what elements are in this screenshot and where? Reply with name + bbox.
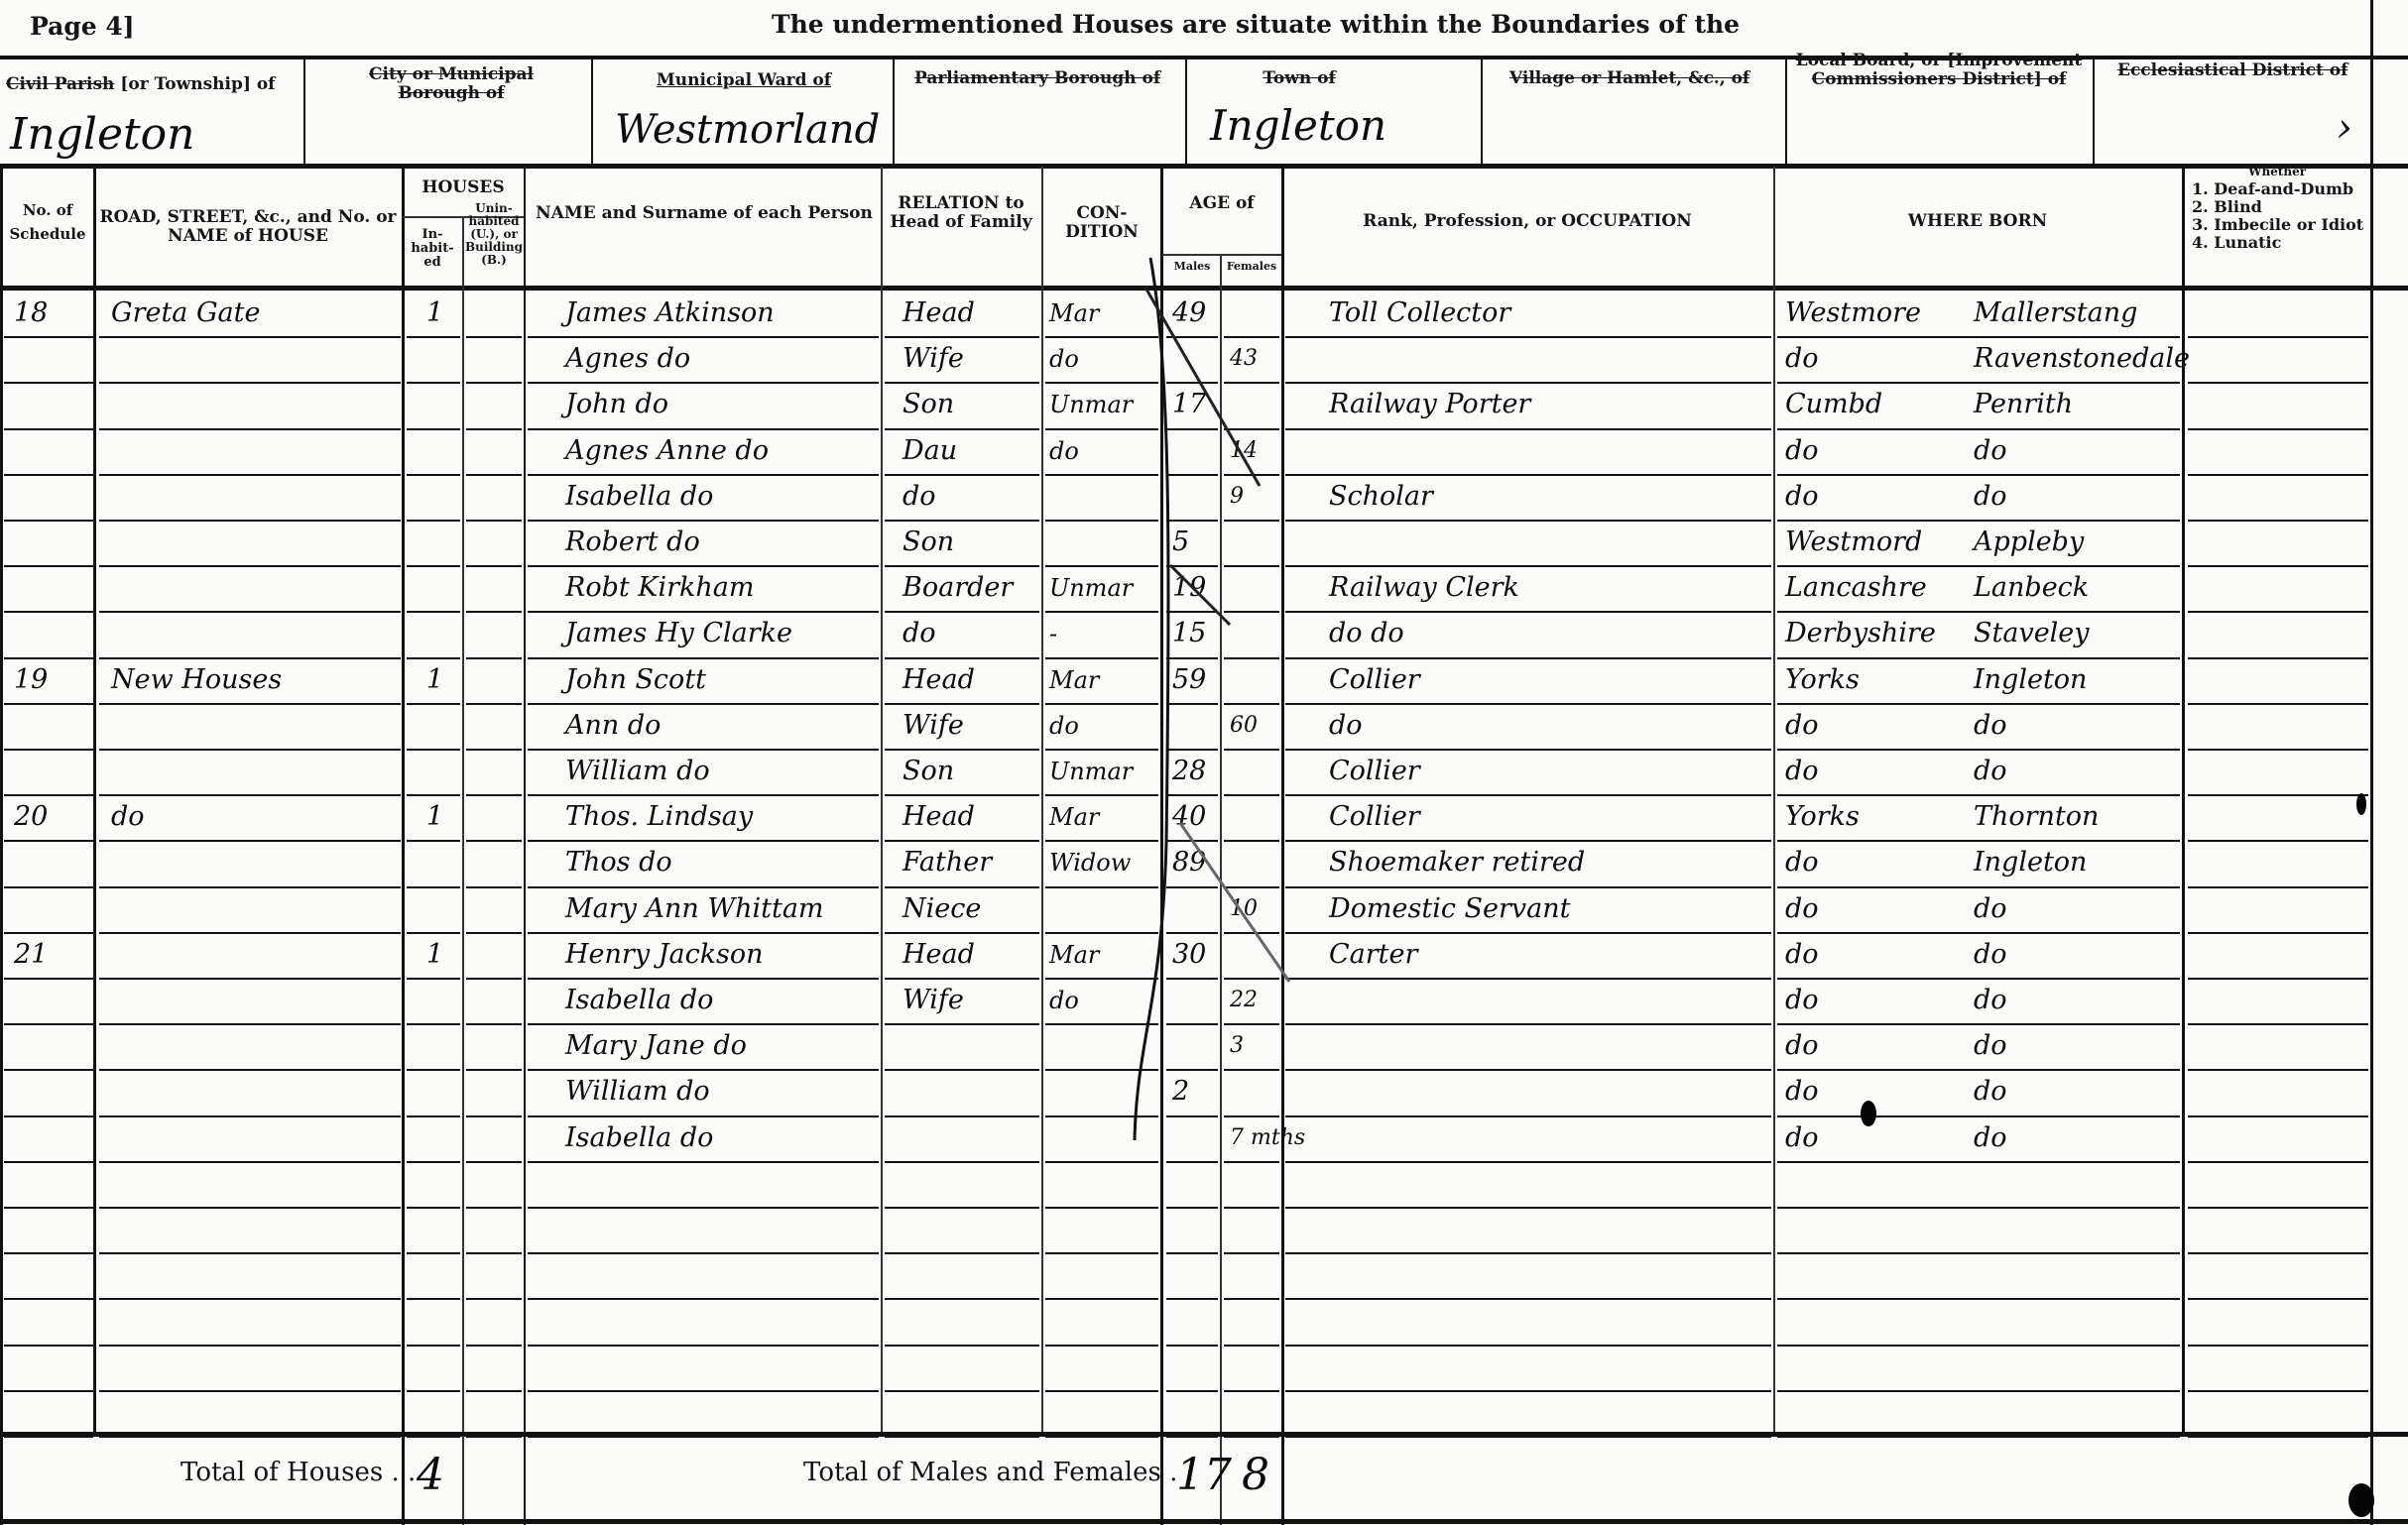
divider — [1185, 58, 1187, 167]
col-header-age: AGE of — [1164, 194, 1279, 213]
col-divider — [402, 167, 405, 1525]
row-rule — [99, 611, 401, 613]
ink-blot — [1861, 1101, 1876, 1126]
row-rule — [528, 1207, 879, 1209]
row-rule — [1285, 1115, 1771, 1117]
col-header-condition: CON-DITION — [1047, 204, 1156, 242]
divider — [591, 58, 593, 167]
divider — [1785, 58, 1787, 167]
occupation: Collier — [1329, 665, 1420, 695]
row-rule — [466, 1298, 522, 1300]
row-rule — [4, 886, 93, 888]
row-rule — [1285, 382, 1771, 384]
row-rule — [528, 703, 879, 705]
row-rule — [1777, 840, 2180, 842]
boundary-municipal-ward: Municipal Ward of — [605, 71, 883, 90]
row-rule — [99, 794, 401, 796]
row-rule — [885, 840, 1039, 842]
row-rule — [885, 1298, 1039, 1300]
condition: do — [1049, 344, 1079, 374]
col-header-uninhabited: Unin-habited (U.), or Building (B.) — [464, 202, 524, 267]
col-header-inhabited: In-habit-ed — [405, 228, 460, 270]
row-rule — [1285, 474, 1771, 476]
condition: do — [1049, 986, 1079, 1015]
row-rule — [1777, 382, 2180, 384]
occupation: Railway Clerk — [1329, 573, 1519, 603]
row-rule — [466, 1161, 522, 1163]
row-rule — [99, 932, 401, 934]
divider — [1481, 58, 1483, 167]
person-name: William do — [565, 757, 710, 786]
row-rule — [466, 703, 522, 705]
row-rule — [407, 794, 460, 796]
person-name: Isabella do — [565, 986, 713, 1015]
row-rule — [885, 1115, 1039, 1117]
row-rule — [2188, 611, 2368, 613]
row-rule — [1285, 657, 1771, 659]
row-rule — [4, 749, 93, 751]
row-rule — [466, 611, 522, 613]
row-rule — [466, 565, 522, 567]
row-rule — [407, 611, 460, 613]
born-place: do — [1974, 986, 2007, 1015]
row-rule — [1224, 1345, 1279, 1347]
tally-strike-lines — [1111, 248, 1309, 1140]
boundary-parliamentary-borough: Parliamentary Borough of — [914, 69, 1160, 88]
boundary-village: Village or Hamlet, &c., of — [1509, 69, 1749, 88]
row-rule — [1777, 703, 2180, 705]
row-rule — [2188, 1298, 2368, 1300]
row-rule — [466, 749, 522, 751]
col-header-disability-3: 3. Imbecile or Idiot — [2192, 216, 2363, 234]
row-rule — [1285, 840, 1771, 842]
row-rule — [407, 703, 460, 705]
row-rule — [528, 657, 879, 659]
born-place: do — [1974, 757, 2007, 786]
col-header-disability-1: 1. Deaf-and-Dumb — [2192, 180, 2353, 198]
row-rule — [885, 932, 1039, 934]
row-rule — [885, 794, 1039, 796]
relation: Wife — [903, 711, 964, 741]
person-name: James Hy Clarke — [565, 619, 792, 648]
boundary-civil-parish: Civil Parish [or Township] of — [6, 75, 276, 94]
born-county: do — [1785, 1123, 1819, 1153]
row-rule — [1285, 1390, 1771, 1392]
row-rule — [528, 1390, 879, 1392]
row-rule — [885, 657, 1039, 659]
row-rule — [99, 520, 401, 522]
row-rule — [528, 932, 879, 934]
row-rule — [466, 978, 522, 980]
row-rule — [4, 703, 93, 705]
row-rule — [99, 840, 401, 842]
born-place: do — [1974, 894, 2007, 924]
row-rule — [466, 1023, 522, 1025]
row-rule — [99, 1345, 401, 1347]
row-rule — [1224, 1252, 1279, 1254]
row-rule — [407, 1345, 460, 1347]
row-rule — [4, 1345, 93, 1347]
schedule-number: 19 — [14, 665, 48, 695]
born-place: Ingleton — [1974, 665, 2087, 695]
row-rule — [466, 1207, 522, 1209]
rule — [0, 164, 2408, 169]
born-county: do — [1785, 986, 1819, 1015]
relation: Head — [903, 802, 975, 832]
row-rule — [4, 474, 93, 476]
row-rule — [4, 336, 93, 338]
row-rule — [1224, 1207, 1279, 1209]
row-rule — [885, 1069, 1039, 1071]
row-rule — [4, 428, 93, 430]
row-rule — [466, 1345, 522, 1347]
person-name: John do — [565, 390, 668, 419]
born-place: do — [1974, 711, 2007, 741]
row-rule — [466, 1252, 522, 1254]
row-rule — [1166, 1207, 1218, 1209]
row-rule — [885, 978, 1039, 980]
row-rule — [99, 1115, 401, 1117]
occupation: Scholar — [1329, 482, 1433, 512]
relation: Niece — [903, 894, 981, 924]
row-rule — [4, 1390, 93, 1392]
boundary-ecclesiastical: Ecclesiastical District of — [2117, 61, 2348, 80]
row-rule — [1285, 336, 1771, 338]
born-county: Lancashre — [1785, 573, 1927, 603]
person-name: Robert do — [565, 528, 700, 557]
row-rule — [99, 1298, 401, 1300]
row-rule — [4, 520, 93, 522]
condition: Mar — [1049, 802, 1099, 832]
col-header-schedule: No. of Schedule — [4, 198, 91, 246]
occupation: Shoemaker retired — [1329, 848, 1585, 878]
occupation: do do — [1329, 619, 1404, 648]
row-rule — [1777, 1390, 2180, 1392]
row-rule — [885, 336, 1039, 338]
col-divider — [881, 167, 883, 1434]
person-name: Mary Ann Whittam — [565, 894, 824, 924]
row-rule — [4, 1115, 93, 1117]
row-rule — [99, 749, 401, 751]
row-rule — [1224, 1390, 1279, 1392]
born-county: do — [1785, 894, 1819, 924]
row-rule — [407, 657, 460, 659]
row-rule — [407, 932, 460, 934]
row-rule — [407, 1298, 460, 1300]
row-rule — [1777, 932, 2180, 934]
row-rule — [528, 611, 879, 613]
condition: Mar — [1049, 940, 1099, 970]
born-place: Ingleton — [1974, 848, 2087, 878]
row-rule — [99, 886, 401, 888]
row-rule — [407, 1115, 460, 1117]
row-rule — [1777, 1161, 2180, 1163]
ink-blot — [2348, 1483, 2374, 1517]
col-header-disability-2: 2. Blind — [2192, 198, 2262, 216]
col-header-road: ROAD, STREET, &c., and No. or NAME of HO… — [99, 208, 397, 246]
col-divider — [1773, 167, 1775, 1434]
row-rule — [4, 1161, 93, 1163]
occupation: Carter — [1329, 940, 1417, 970]
row-rule — [885, 1023, 1039, 1025]
row-rule — [1285, 1252, 1771, 1254]
row-rule — [99, 703, 401, 705]
boundary-town: Town of — [1200, 69, 1398, 88]
row-rule — [528, 428, 879, 430]
row-rule — [407, 1023, 460, 1025]
row-rule — [407, 336, 460, 338]
born-county: Yorks — [1785, 802, 1860, 832]
row-rule — [1777, 1298, 2180, 1300]
row-rule — [1285, 1298, 1771, 1300]
row-rule — [4, 382, 93, 384]
row-rule — [528, 886, 879, 888]
relation: Son — [903, 757, 954, 786]
condition: do — [1049, 436, 1079, 466]
occupation: do — [1329, 711, 1363, 741]
row-rule — [1777, 565, 2180, 567]
row-rule — [466, 1115, 522, 1117]
row-rule — [885, 1345, 1039, 1347]
totals-houses-label: Total of Houses . . — [181, 1458, 416, 1487]
row-rule — [99, 428, 401, 430]
road-or-house: Greta Gate — [111, 298, 260, 328]
born-place: Lanbeck — [1974, 573, 2089, 603]
person-name: William do — [565, 1077, 710, 1107]
row-rule — [2188, 657, 2368, 659]
born-county: do — [1785, 940, 1819, 970]
person-name: Agnes do — [565, 344, 690, 374]
born-place: do — [1974, 436, 2007, 466]
boundary-label: [or Township] of — [120, 74, 275, 94]
row-rule — [4, 657, 93, 659]
row-rule — [2188, 794, 2368, 796]
row-rule — [466, 657, 522, 659]
row-rule — [1777, 611, 2180, 613]
row-rule — [1045, 1390, 1158, 1392]
row-rule — [1285, 932, 1771, 934]
row-rule — [2188, 382, 2368, 384]
row-rule — [885, 474, 1039, 476]
row-rule — [1777, 1115, 2180, 1117]
row-rule — [1285, 565, 1771, 567]
born-place: Staveley — [1974, 619, 2090, 648]
schedule-number: 18 — [14, 298, 48, 328]
row-rule — [407, 978, 460, 980]
row-rule — [99, 657, 401, 659]
occupation: Railway Porter — [1329, 390, 1530, 419]
row-rule — [4, 1069, 93, 1071]
row-rule — [528, 794, 879, 796]
row-rule — [1777, 1207, 2180, 1209]
row-rule — [2188, 1207, 2368, 1209]
row-rule — [1285, 1345, 1771, 1347]
row-rule — [1777, 886, 2180, 888]
row-rule — [407, 565, 460, 567]
row-rule — [1777, 657, 2180, 659]
row-rule — [1285, 428, 1771, 430]
relation: Wife — [903, 344, 964, 374]
row-rule — [99, 1252, 401, 1254]
person-name: Ann do — [565, 711, 661, 741]
boundary-ecclesiastical-mark: › — [2337, 105, 2352, 151]
road-or-house: New Houses — [111, 665, 282, 695]
born-place: Ravenstonedale — [1974, 344, 2190, 374]
inhabited-count: 1 — [426, 940, 443, 970]
row-rule — [466, 1069, 522, 1071]
boundary-town-value: Ingleton — [1210, 101, 1386, 150]
person-name: Robt Kirkham — [565, 573, 754, 603]
col-header-name: NAME and Surname of each Person — [536, 204, 873, 223]
row-rule — [99, 1390, 401, 1392]
row-rule — [466, 840, 522, 842]
row-rule — [885, 565, 1039, 567]
born-place: Appleby — [1974, 528, 2084, 557]
relation: do — [903, 619, 936, 648]
row-rule — [2188, 520, 2368, 522]
row-rule — [1285, 749, 1771, 751]
row-rule — [885, 1161, 1039, 1163]
row-rule — [2188, 978, 2368, 980]
condition: Mar — [1049, 665, 1099, 695]
totals-females-value: 8 — [1242, 1450, 1269, 1500]
row-rule — [2188, 565, 2368, 567]
totals-rule — [0, 1432, 2408, 1437]
row-rule — [885, 1207, 1039, 1209]
row-rule — [1166, 1298, 1218, 1300]
row-rule — [4, 932, 93, 934]
right-border — [2370, 0, 2373, 1525]
inhabited-count: 1 — [426, 298, 443, 328]
row-rule — [4, 978, 93, 980]
born-place: do — [1974, 482, 2007, 512]
row-rule — [407, 474, 460, 476]
born-place: do — [1974, 1123, 2007, 1153]
page-title: The undermentioned Houses are situate wi… — [772, 10, 1740, 39]
row-rule — [1777, 428, 2180, 430]
born-county: do — [1785, 1077, 1819, 1107]
row-rule — [2188, 1069, 2368, 1071]
inhabited-count: 1 — [426, 665, 443, 695]
row-rule — [4, 565, 93, 567]
relation: Head — [903, 298, 975, 328]
col-divider — [524, 167, 526, 1525]
struck-label: Civil Parish — [6, 74, 114, 94]
inhabited-count: 1 — [426, 802, 443, 832]
row-rule — [407, 1252, 460, 1254]
row-rule — [885, 428, 1039, 430]
born-county: do — [1785, 482, 1819, 512]
row-rule — [4, 611, 93, 613]
col-divider — [1041, 167, 1043, 1434]
row-rule — [1285, 978, 1771, 980]
born-county: do — [1785, 436, 1819, 466]
born-place: do — [1974, 940, 2007, 970]
born-county: do — [1785, 757, 1819, 786]
person-name: Thos do — [565, 848, 672, 878]
row-rule — [1166, 1161, 1218, 1163]
row-rule — [407, 382, 460, 384]
condition: Mar — [1049, 298, 1099, 328]
occupation: Domestic Servant — [1329, 894, 1571, 924]
row-rule — [1777, 794, 2180, 796]
relation: Dau — [903, 436, 957, 466]
row-rule — [407, 520, 460, 522]
divider — [2093, 58, 2095, 167]
row-rule — [99, 1161, 401, 1163]
row-rule — [528, 1298, 879, 1300]
row-rule — [466, 428, 522, 430]
row-rule — [885, 520, 1039, 522]
person-name: Mary Jane do — [565, 1031, 747, 1061]
left-border — [0, 167, 3, 1525]
row-rule — [2188, 1252, 2368, 1254]
person-name: Isabella do — [565, 1123, 713, 1153]
row-rule — [99, 978, 401, 980]
born-place: Penrith — [1974, 390, 2073, 419]
row-rule — [1777, 474, 2180, 476]
row-rule — [2188, 886, 2368, 888]
row-rule — [1224, 1161, 1279, 1163]
col-header-disability-4: 4. Lunatic — [2192, 234, 2281, 252]
row-rule — [1166, 1390, 1218, 1392]
row-rule — [528, 1161, 879, 1163]
col-header-disability-title: Whether — [2188, 165, 2366, 178]
totals-males-value: 17 — [1176, 1450, 1232, 1500]
row-rule — [1777, 978, 2180, 980]
row-rule — [2188, 703, 2368, 705]
divider — [303, 58, 305, 167]
born-county: Cumbd — [1785, 390, 1882, 419]
row-rule — [1285, 794, 1771, 796]
row-rule — [407, 1161, 460, 1163]
row-rule — [1045, 1161, 1158, 1163]
row-rule — [2188, 1390, 2368, 1392]
totals-houses-value: 4 — [417, 1450, 444, 1500]
born-place: do — [1974, 1031, 2007, 1061]
row-rule — [1224, 1298, 1279, 1300]
row-rule — [528, 840, 879, 842]
col-header-relation: RELATION to Head of Family — [887, 194, 1035, 232]
row-rule — [1285, 520, 1771, 522]
schedule-number: 21 — [14, 940, 48, 970]
occupation: Toll Collector — [1329, 298, 1510, 328]
row-rule — [407, 749, 460, 751]
row-rule — [1777, 520, 2180, 522]
relation: do — [903, 482, 936, 512]
row-rule — [1285, 1069, 1771, 1071]
born-place: Mallerstang — [1974, 298, 2137, 328]
row-rule — [528, 1023, 879, 1025]
row-rule — [407, 1390, 460, 1392]
row-rule — [4, 1252, 93, 1254]
born-county: do — [1785, 1031, 1819, 1061]
row-rule — [885, 1390, 1039, 1392]
person-name: Henry Jackson — [565, 940, 764, 970]
schedule-number: 20 — [14, 802, 48, 832]
row-rule — [2188, 1115, 2368, 1117]
row-rule — [2188, 1345, 2368, 1347]
boundary-municipal-ward-value: Westmorland — [615, 107, 880, 153]
row-rule — [407, 886, 460, 888]
row-rule — [1777, 1252, 2180, 1254]
row-rule — [99, 1207, 401, 1209]
row-rule — [4, 840, 93, 842]
row-rule — [99, 1069, 401, 1071]
row-rule — [1777, 1345, 2180, 1347]
row-rule — [1285, 1207, 1771, 1209]
page-label: Page 4] — [30, 12, 135, 41]
